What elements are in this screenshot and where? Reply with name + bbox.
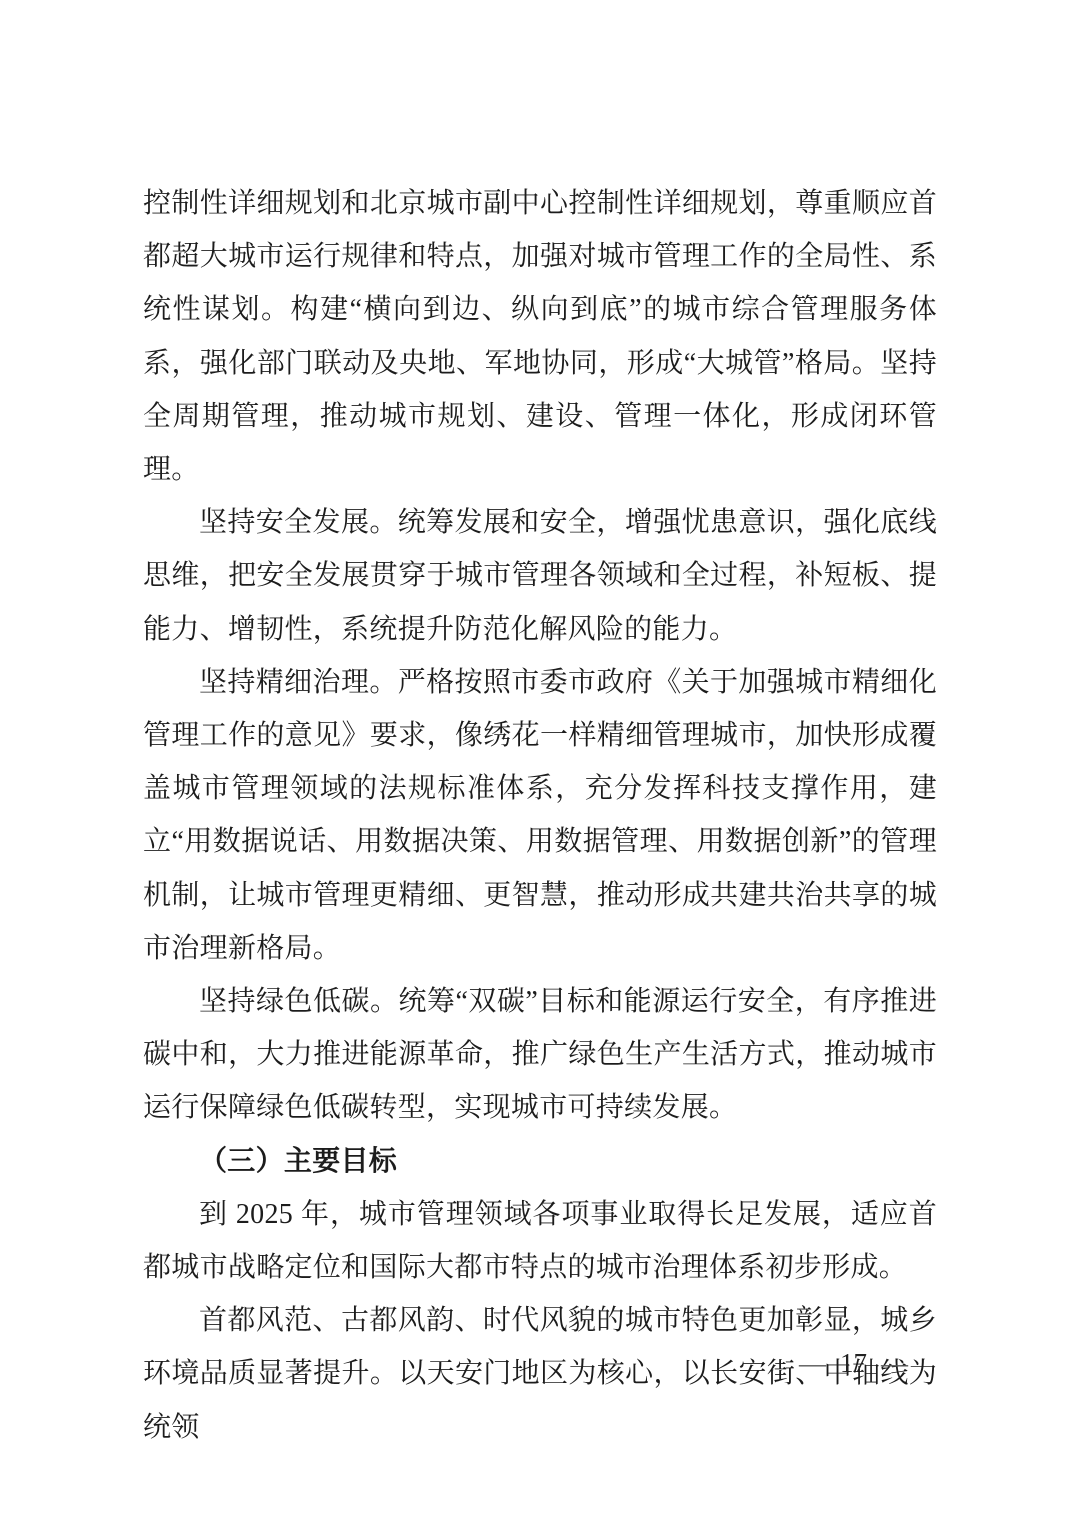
body-paragraph: 坚持安全发展。统筹发展和安全，增强忧患意识，强化底线思维，把安全发展贯穿于城市管… [143,496,937,656]
document-page: 控制性详细规划和北京城市副中心控制性详细规划，尊重顺应首都超大城市运行规律和特点… [0,0,1080,1527]
body-paragraph: 坚持精细治理。严格按照市委市政府《关于加强城市精细化管理工作的意见》要求，像绣花… [143,656,937,975]
body-paragraph: 坚持绿色低碳。统筹“双碳”目标和能源运行安全，有序推进碳中和，大力推进能源革命，… [143,975,937,1135]
body-paragraph-continuation: 控制性详细规划和北京城市副中心控制性详细规划，尊重顺应首都超大城市运行规律和特点… [143,177,937,496]
document-body: 控制性详细规划和北京城市副中心控制性详细规划，尊重顺应首都超大城市运行规律和特点… [143,177,937,1454]
section-heading: （三）主要目标 [143,1135,937,1188]
page-footer: —17— [799,1348,908,1378]
page-number: 17 [840,1348,867,1378]
footer-dash: — [881,1348,908,1378]
body-paragraph: 到 2025 年，城市管理领域各项事业取得长足发展，适应首都城市战略定位和国际大… [143,1188,937,1294]
footer-dash: — [799,1348,826,1378]
